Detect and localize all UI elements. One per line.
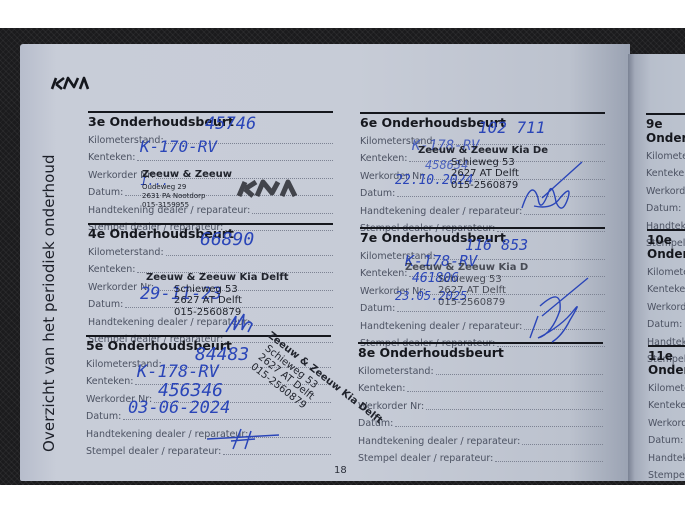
section-divider xyxy=(88,223,333,225)
page-number: 18 xyxy=(334,465,347,476)
order-field: Werkorder Nr: xyxy=(358,395,603,413)
kia-logo-icon xyxy=(50,75,90,91)
signature-5-icon xyxy=(205,427,285,451)
signature-field: Handtekening dealer / reparateur: xyxy=(358,430,603,448)
dealer-stamp-4: Zeeuw & Zeeuw Kia Delft Schieweg 53 2627… xyxy=(146,272,289,318)
handwritten-km-4: 66890 xyxy=(200,229,254,250)
section-divider xyxy=(88,111,333,113)
signature-4-icon xyxy=(222,310,258,334)
handwritten-date-5: 03-06-2024 xyxy=(128,398,230,418)
handwritten-km-3: 45746 xyxy=(205,114,256,134)
kia-stamp-logo-icon xyxy=(236,177,298,199)
section-title: 9e Onderhoudsbeurt xyxy=(646,117,685,145)
section-divider xyxy=(86,335,331,337)
section-title: 11e Onderhoudsbeurt xyxy=(648,349,685,377)
section-divider xyxy=(360,112,605,114)
handwritten-plate-3: K-170-RV xyxy=(140,137,217,156)
handwritten-plate-5: K-178-RV xyxy=(137,362,219,382)
handwritten-km-6: 102 711 xyxy=(478,118,545,137)
dealer-stamp-3: Zeeuw & Zeeuw Oudeweg 29 2631 PA Nootdor… xyxy=(142,170,232,210)
section-title: 10e Onderhoudsbeurt xyxy=(647,233,685,261)
maintenance-section-11: 11e Onderhoudsbeurt Kilometerstand: Kent… xyxy=(648,345,685,482)
date-field: Datum: xyxy=(358,413,603,431)
maintenance-section-8: 8e Onderhoudsbeurt Kilometerstand: Kente… xyxy=(358,342,603,465)
km-field: Kilometerstand: xyxy=(358,360,603,378)
stamp-field: Stempel dealer / reparateur: xyxy=(358,448,603,466)
plate-field: Kenteken: xyxy=(358,378,603,396)
signature-7-icon xyxy=(522,276,592,346)
signature-6-icon xyxy=(512,158,584,220)
section-divider xyxy=(360,227,605,229)
dealer-stamp-7: Zeeuw & Zeeuw Kia D Schieweg 53 2627 AT … xyxy=(405,262,528,308)
section-title: 8e Onderhoudsbeurt xyxy=(358,346,603,360)
vertical-page-title: Overzicht van het periodiek onderhoud xyxy=(40,154,58,452)
